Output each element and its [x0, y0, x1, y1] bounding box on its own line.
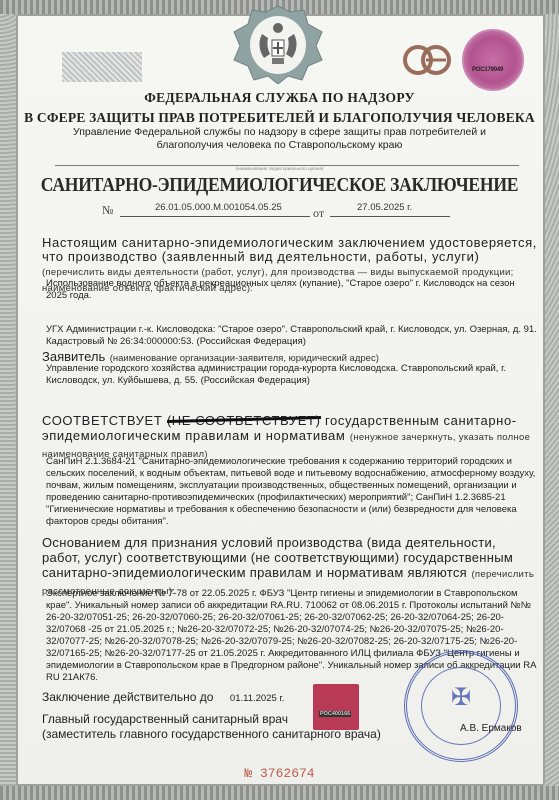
- applicant-value: Управление городского хозяйства админист…: [46, 363, 537, 387]
- activity-intro: Настоящим санитарно-эпидемиологическим з…: [42, 235, 537, 264]
- validity-label: Заключение действительно до: [42, 690, 213, 704]
- coat-of-arms-icon: [228, 4, 328, 84]
- date-underline: [330, 216, 450, 217]
- signer-name: А.В. Ермаков: [460, 723, 522, 734]
- applicant-label: Заявитель: [42, 349, 105, 364]
- document-number: 26.01.05.000.М.001054.05.25: [155, 202, 282, 213]
- number-underline: [120, 216, 310, 217]
- compliance-section: СООТВЕТСТВУЕТ (НЕ СООТВЕТСТВУЕТ) государ…: [42, 413, 537, 462]
- certificate-sheet: РОС179049 ФЕДЕРАЛЬНАЯ СЛУЖБА ПО НАДЗОРУ …: [0, 0, 559, 800]
- document-date: 27.05.2025 г.: [357, 202, 412, 213]
- stamp-eagle-icon: ✠: [445, 683, 477, 713]
- regional-office-caption: (наименование территориального органа): [0, 166, 559, 171]
- basis-text: Основанием для признания условий произво…: [42, 535, 513, 580]
- agency-name-line2: В СФЕРЕ ЗАЩИТЫ ПРАВ ПОТРЕБИТЕЛЕЙ И БЛАГО…: [0, 110, 559, 126]
- security-pattern: [62, 52, 142, 82]
- compliance-status: СООТВЕТСТВУЕТ: [42, 413, 162, 428]
- object-address: УГХ Администрации г.-к. Кисловодска: "Ст…: [46, 324, 537, 348]
- activity-value: Использование водного объекта в рекреаци…: [46, 278, 537, 302]
- agency-name-line1: ФЕДЕРАЛЬНАЯ СЛУЖБА ПО НАДЗОРУ: [0, 90, 559, 106]
- hologram-sticker: РОС400166: [313, 684, 359, 730]
- regional-office: Управление Федеральной службы по надзору…: [40, 126, 519, 152]
- validity-date: 01.11.2025 г.: [230, 693, 284, 704]
- hologram-code: РОС179049: [472, 67, 503, 73]
- guilloche-border-bottom: [0, 786, 559, 800]
- date-label: от: [313, 206, 324, 221]
- sticker-code: РОС400166: [319, 711, 351, 717]
- official-stamp: ✠: [404, 650, 518, 762]
- hologram-seal: РОС179049: [462, 29, 524, 91]
- serial-number: № 3762674: [0, 766, 559, 781]
- document-title: САНИТАРНО-ЭПИДЕМИОЛОГИЧЕСКОЕ ЗАКЛЮЧЕНИЕ: [34, 174, 526, 197]
- se-mark-icon: [402, 40, 452, 80]
- number-label: №: [102, 203, 113, 218]
- sanitary-rules-value: СанПиН 2.1.3684-21 "Санитарно-эпидемиоло…: [46, 456, 537, 528]
- compliance-status-struck: (НЕ СООТВЕТСТВУЕТ): [167, 413, 321, 428]
